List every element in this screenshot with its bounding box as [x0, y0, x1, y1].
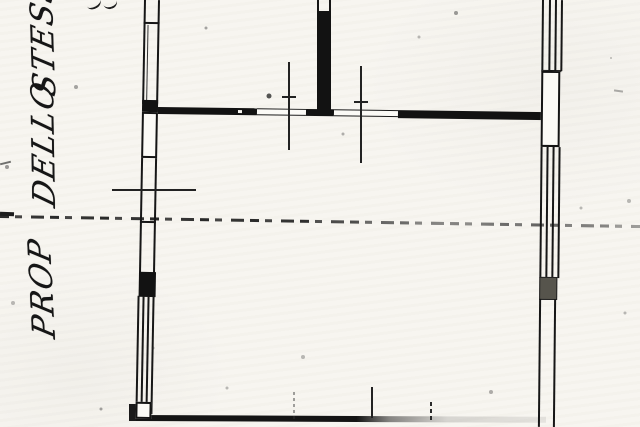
wall-tick	[140, 221, 156, 223]
scan-white-speck	[238, 110, 242, 113]
wall-line	[538, 299, 541, 427]
multipane-window-line	[140, 296, 144, 414]
door-swing-line	[112, 189, 196, 191]
lower-window-box	[135, 402, 151, 419]
multipane-window-line	[145, 296, 149, 414]
edge-pen-dash	[614, 89, 623, 92]
multipane-window-line	[150, 296, 154, 414]
scan-noise	[0, 0, 2, 2]
window-glazing-line	[146, 25, 148, 104]
window-sill-tick	[144, 22, 160, 24]
survey-cross-tick	[282, 96, 296, 98]
wall-inner-line	[156, 0, 160, 104]
multipane-window-line	[560, 0, 562, 71]
multipane-window-line	[554, 0, 556, 71]
survey-cross-line	[288, 62, 290, 150]
wall-junction-block	[142, 100, 158, 112]
multipane-window-line	[541, 0, 543, 71]
wall-inner-line	[153, 158, 157, 273]
edge-pen-dash	[0, 161, 11, 166]
wall-segment	[398, 110, 546, 119]
handwritten-annotation-word-dello: DELLO	[25, 88, 59, 209]
left-exterior-wall	[135, 0, 161, 421]
multipane-window-line	[551, 147, 554, 278]
multipane-window-line	[545, 147, 548, 278]
shaded-masonry-block	[539, 277, 557, 300]
survey-cross-line	[360, 66, 362, 163]
scanned-floor-plan: PROP DELLO STESSO	[0, 0, 640, 427]
wall-segment	[158, 107, 257, 115]
multipane-window-line	[557, 147, 560, 278]
bottom-wall-tick	[430, 402, 432, 421]
bottom-wall-tick	[371, 387, 373, 418]
bottom-wall-tick-faint	[293, 392, 295, 420]
wall-solid	[317, 11, 331, 110]
wall-line	[553, 299, 556, 427]
cutoff-pen-squiggle	[101, 0, 118, 11]
right-exterior-wall	[538, 0, 563, 427]
wall-opening	[334, 109, 398, 117]
multipane-window-line	[539, 147, 542, 278]
window-box	[541, 71, 561, 147]
wall-outer-line	[139, 158, 143, 273]
multipane-window-line	[135, 296, 139, 414]
cutoff-pen-squiggle	[84, 0, 103, 12]
handwritten-annotation-word-stesso: STESSO	[23, 0, 62, 99]
bottom-exterior-wall	[134, 415, 546, 423]
top-partition-wall	[317, 0, 331, 110]
wall-segment	[306, 109, 334, 116]
solid-infill-block	[139, 272, 156, 297]
interior-partition-wall	[158, 106, 546, 120]
survey-cross-tick	[354, 101, 368, 103]
boundary-line-start-blob	[0, 212, 14, 216]
upper-window-box	[141, 112, 158, 158]
multipane-window-line	[548, 0, 550, 71]
handwritten-annotation-word-prop: PROP	[21, 225, 61, 341]
wall-opening	[257, 108, 306, 116]
